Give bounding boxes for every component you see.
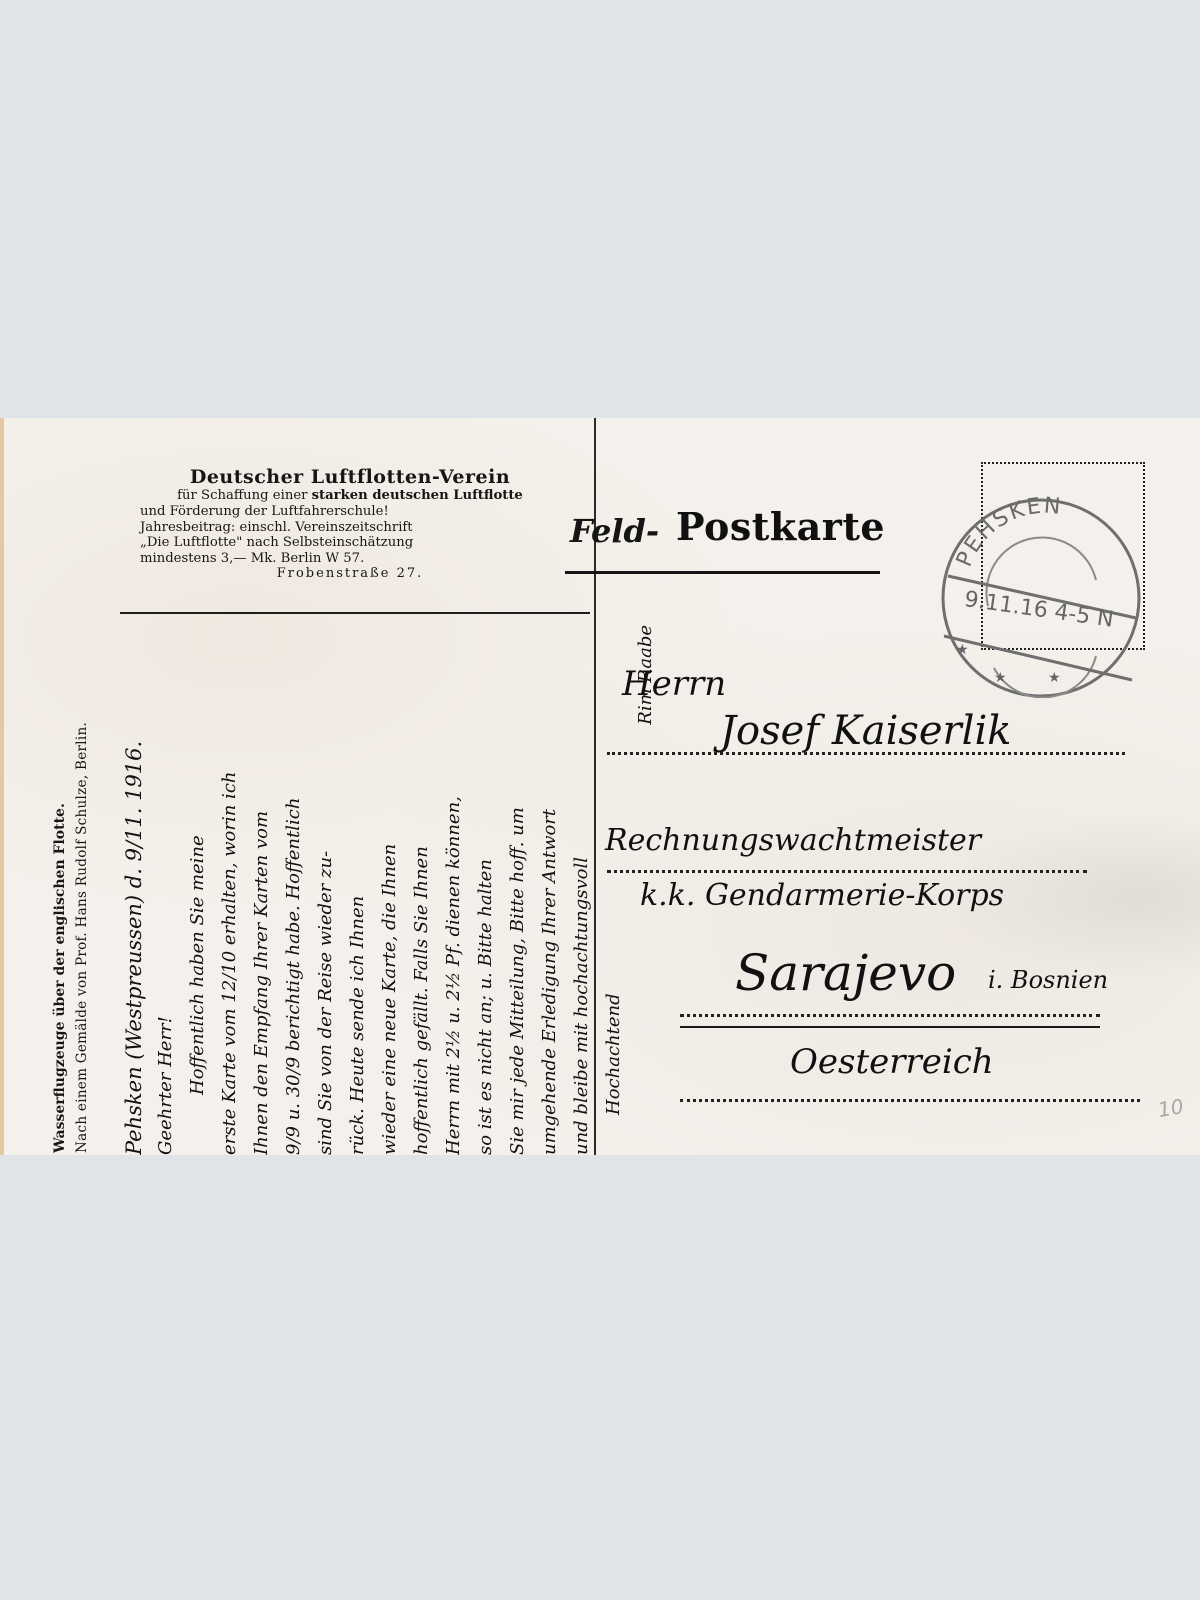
message-line: erste Karte vom 12/10 erhalten, worin ic… <box>214 615 246 1155</box>
postmark-town: PEHSKEN <box>952 493 1063 570</box>
title-rule <box>565 571 880 574</box>
address-region: i. Bosnien <box>988 966 1108 994</box>
address-city: Sarajevo <box>735 944 956 1002</box>
postcard: Deutscher Luftflotten-Verein für Schaffu… <box>0 418 1200 1155</box>
message-line: Sie mir jede Mitteilung, Bitte hoff. um <box>502 615 534 1155</box>
association-line-1-prefix: für Schaffung einer <box>177 488 311 503</box>
association-line-2: und Förderung der Luftfahrerschule! <box>120 504 580 520</box>
message-line: Herrn mit 2½ u. 2½ Pf. dienen können, <box>438 615 470 1155</box>
association-line-5: mindestens 3,— Mk. Berlin W 57. <box>120 551 580 567</box>
association-header: Deutscher Luftflotten-Verein für Schaffu… <box>120 466 580 582</box>
message-line: sind Sie von der Reise wieder zu- <box>310 615 342 1155</box>
address-salutation: Herrn <box>622 664 726 704</box>
address-line-3 <box>680 1014 1100 1017</box>
postmark-icon: PEHSKEN 9.11.16 4-5 N ★ ★ ★ <box>936 488 1146 698</box>
title-prefix: Feld- <box>570 512 659 550</box>
association-title: Deutscher Luftflotten-Verein <box>120 466 580 488</box>
svg-text:★: ★ <box>956 642 969 658</box>
association-line-4: „Die Luftflotte" nach Selbsteinschätzung <box>120 535 580 551</box>
message-line: Geehrter Herr! <box>150 615 182 1155</box>
card-edge <box>0 418 4 1155</box>
address-name: Josef Kaiserlik <box>720 708 1012 754</box>
postmark: PEHSKEN 9.11.16 4-5 N ★ ★ ★ <box>936 488 1146 698</box>
association-line-1: für Schaffung einer starken deutschen Lu… <box>120 488 580 504</box>
pencil-note: 10 <box>1156 1094 1185 1122</box>
message-line: so ist es nicht an; u. Bitte halten <box>470 615 502 1155</box>
message-line: umgehende Erledigung Ihrer Antwort <box>534 615 566 1155</box>
message-line: rück. Heute sende ich Ihnen <box>342 615 374 1155</box>
association-line-1-bold: starken deutschen Luftflotte <box>312 488 523 503</box>
message-line: Ihnen den Empfang Ihrer Karten vom <box>246 615 278 1155</box>
title-main: Postkarte <box>676 504 885 549</box>
svg-text:★: ★ <box>1048 670 1061 686</box>
postmark-date: 9.11.16 4-5 N <box>963 587 1115 633</box>
image-caption: Wasserflugzeuge über der englischen Flot… <box>52 513 112 1153</box>
address-unit: k.k. Gendarmerie-Korps <box>640 878 1004 913</box>
address-country: Oesterreich <box>790 1042 994 1082</box>
card-title: Feld- Postkarte <box>568 498 888 568</box>
message-line: Hoffentlich haben Sie meine <box>182 615 214 1155</box>
handwritten-message: Pehsken (Westpreussen) d. 9/11. 1916. Ge… <box>118 615 588 1155</box>
caption-credit: Nach einem Gemälde von Prof. Hans Rudolf… <box>74 513 90 1153</box>
address-rank: Rechnungswachtmeister <box>605 823 981 858</box>
address-line-2 <box>607 870 1087 873</box>
association-address: Frobenstraße 27. <box>120 566 580 581</box>
message-line: hoffentlich gefällt. Falls Sie Ihnen <box>406 615 438 1155</box>
message-line: 9/9 u. 30/9 berichtigt habe. Hoffentlich <box>278 615 310 1155</box>
message-heading: Pehsken (Westpreussen) d. 9/11. 1916. <box>118 615 150 1155</box>
svg-text:★: ★ <box>994 670 1007 686</box>
caption-title: Wasserflugzeuge über der englischen Flot… <box>52 513 68 1153</box>
address-line-1 <box>607 752 1125 755</box>
address-line-4 <box>680 1099 1140 1102</box>
message-line: wieder eine neue Karte, die Ihnen <box>374 615 406 1155</box>
association-line-3: Jahresbeitrag: einschl. Vereinszeitschri… <box>120 520 580 536</box>
svg-text:PEHSKEN: PEHSKEN <box>952 493 1063 570</box>
city-underline <box>680 1026 1100 1028</box>
header-rule <box>120 612 590 614</box>
